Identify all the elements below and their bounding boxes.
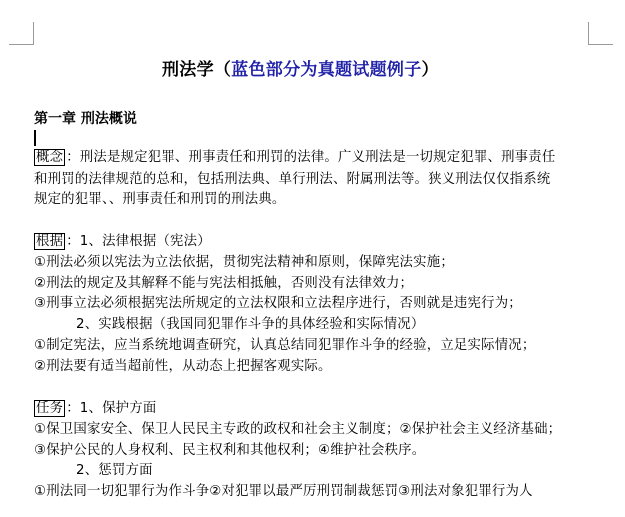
title-blue-note: 蓝色部分为真题试题例子 <box>231 60 421 80</box>
title-close-paren: ） <box>422 60 439 80</box>
task-line-2: ①保卫国家安全、保卫人民民主专政的政权和社会主义制度；②保护社会主义经济基础； <box>34 420 561 440</box>
task-line-4: 2、惩罚方面 <box>34 461 153 481</box>
basis-label: 根据 <box>34 233 65 250</box>
margin-corner-mark-top-left <box>9 22 34 45</box>
basis-line-6: ①制定宪法，应当系统地调查研究，认真总结同犯罪作斗争的经验，立足实际情况； <box>34 336 535 356</box>
concept-label: 概念 <box>34 149 65 166</box>
basis-line-1: 根据：1、法律根据（宪法） <box>34 232 211 252</box>
basis-line-4: ③刑事立法必须根据宪法所规定的立法权限和立法程序进行，否则就是违宪行为； <box>34 294 522 314</box>
basis-line-2: ①刑法必须以宪法为立法依据，贯彻宪法精神和原则，保障宪法实施； <box>34 253 454 273</box>
basis-line-3: ②刑法的规定及其解释不能与宪法相抵触，否则没有法律效力； <box>34 274 413 294</box>
concept-line-2: 和刑罚的法律规范的总和，包括刑法典、单行刑法、附属刑法等。狭义刑法仅仅指系统 <box>34 170 550 190</box>
basis-line-5: 2、实践根据（我国同犯罪作斗争的具体经验和实际情况） <box>34 315 424 335</box>
title-main: 刑法学（ <box>162 60 231 80</box>
document-title: 刑法学（蓝色部分为真题试题例子） <box>162 55 482 80</box>
concept-line-1: 概念：刑法是规定犯罪、刑事责任和刑罚的法律。广义刑法是一切规定犯罪、刑事责任 <box>34 148 555 168</box>
task-line-3: ③保护公民的人身权利、民主权利和其他权利；④维护社会秩序。 <box>34 441 425 461</box>
task-line-5: ①刑法同一切犯罪行为作斗争②对犯罪以最严厉刑罚制裁惩罚③刑法对象犯罪行为人 <box>34 482 533 502</box>
concept-line-3: 规定的犯罪、、刑事责任和刑罚的刑法典。 <box>34 190 286 210</box>
basis-line-7: ②刑法要有适当超前性，从动态上把握客观实际。 <box>34 357 332 377</box>
margin-corner-mark-top-right <box>588 22 613 45</box>
task-line-1: 任务：1、保护方面 <box>34 399 156 419</box>
text-cursor <box>34 130 36 146</box>
task-label: 任务 <box>34 400 65 417</box>
chapter-heading: 第一章 刑法概说 <box>34 108 137 128</box>
